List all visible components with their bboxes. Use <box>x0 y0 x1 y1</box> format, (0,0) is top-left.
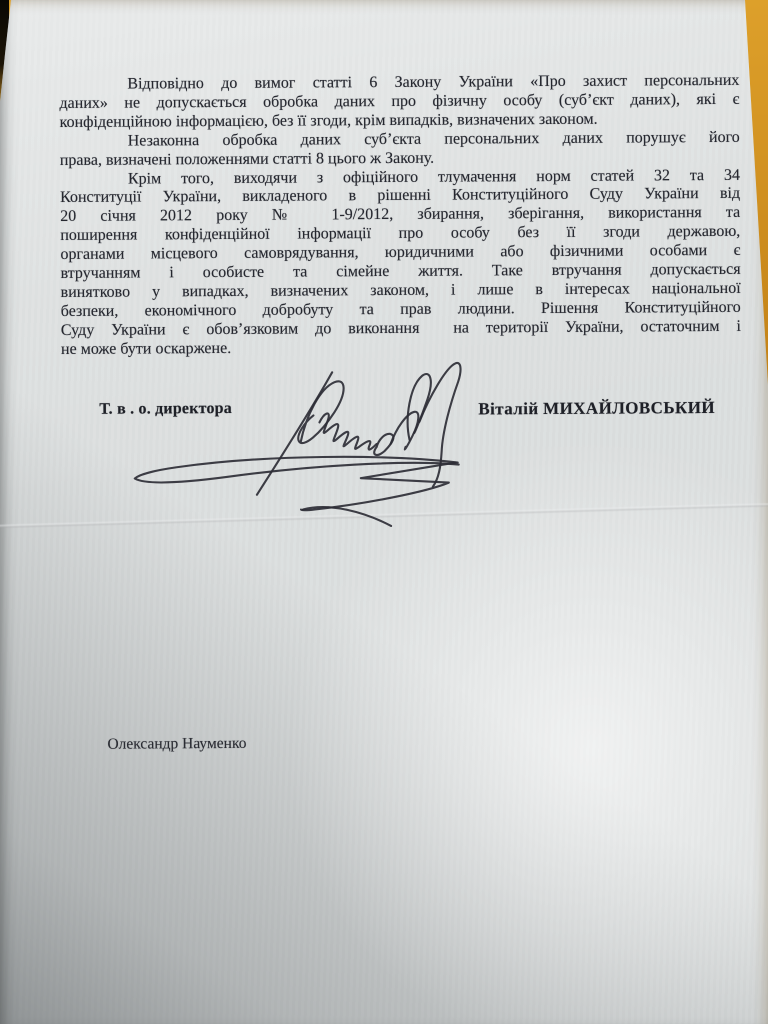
handwritten-signature-icon <box>114 351 475 538</box>
document-content: Відповідно до вимог статті 6 Закону Укра… <box>0 0 768 1024</box>
signer-name: Віталій МИХАЙЛОВСЬКИЙ <box>478 398 715 419</box>
document-photo: Відповідно до вимог статті 6 Закону Укра… <box>0 0 768 1024</box>
body-text: Відповідно до вимог статті 6 Закону Укра… <box>59 72 741 360</box>
secondary-signer-name: Олександр Науменко <box>107 735 246 754</box>
paper-sheet: Відповідно до вимог статті 6 Закону Укра… <box>0 0 768 1024</box>
